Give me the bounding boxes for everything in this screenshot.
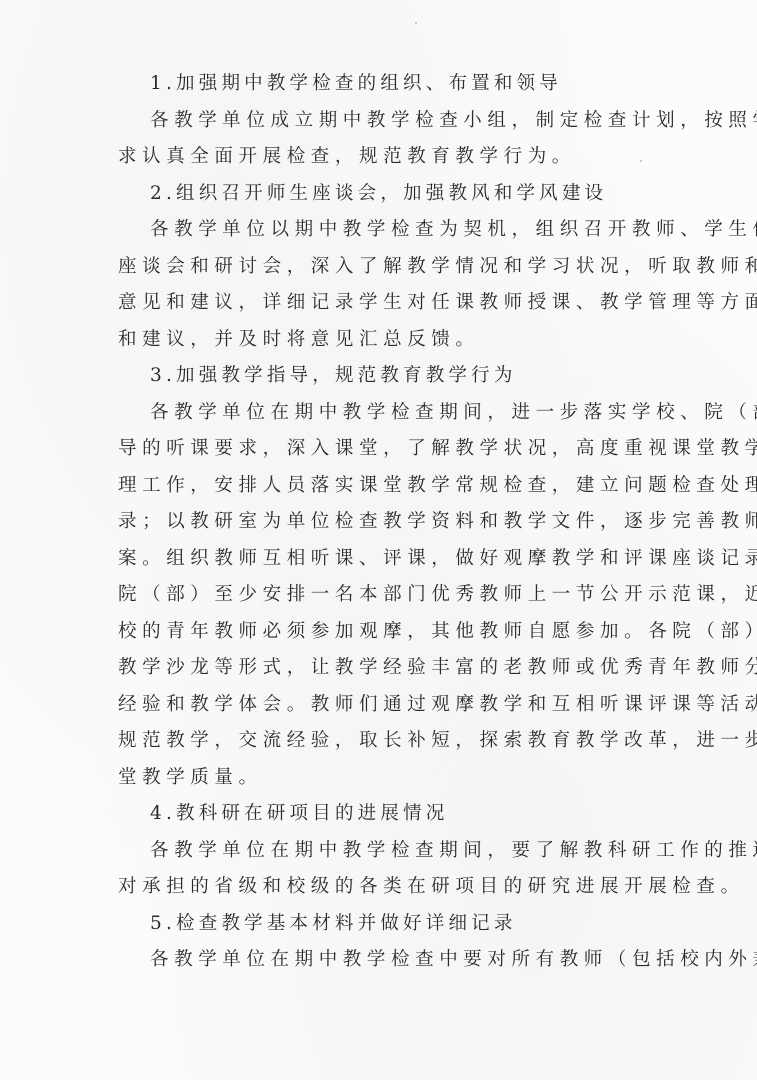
paragraph-line: 各教学单位在期中教学检查期间，要了解教科研工作的推进情况， [118, 833, 660, 870]
paragraph-line: 求认真全面开展检查，规范教育教学行为。 [118, 139, 660, 176]
paragraph-line: 校的青年教师必须参加观摩，其他教师自愿参加。各院（部）可通过 [118, 614, 660, 651]
scanned-document-page: 1.加强期中教学检查的组织、布置和领导 各教学单位成立期中教学检查小组，制定检查… [0, 0, 757, 1080]
paragraph-line: 座谈会和研讨会，深入了解教学情况和学习状况，听取教师和学生的 [118, 249, 660, 286]
paragraph-line: 规范教学，交流经验，取长补短，探索教育教学改革，进一步提高课 [118, 723, 660, 760]
scan-speck [415, 22, 417, 24]
paragraph-line: 对承担的省级和校级的各类在研项目的研究进展开展检查。 [118, 869, 660, 906]
paragraph-line: 各教学单位在期中教学检查中要对所有教师（包括校内外兼课教 [118, 942, 660, 979]
paragraph-line: 案。组织教师互相听课、评课，做好观摩教学和评课座谈记录。每个 [118, 541, 660, 578]
section-heading: 2.组织召开师生座谈会，加强教风和学风建设 [118, 176, 660, 213]
document-body: 1.加强期中教学检查的组织、布置和领导 各教学单位成立期中教学检查小组，制定检查… [118, 66, 660, 979]
section-heading: 4.教科研在研项目的进展情况 [118, 796, 660, 833]
paragraph-line: 意见和建议，详细记录学生对任课教师授课、教学管理等方面的意见 [118, 285, 660, 322]
section-heading: 1.加强期中教学检查的组织、布置和领导 [118, 66, 660, 103]
paragraph-line: 院（部）至少安排一名本部门优秀教师上一节公开示范课，近两年进 [118, 577, 660, 614]
paragraph-line: 堂教学质量。 [118, 760, 660, 797]
paragraph-line: 经验和教学体会。教师们通过观摩教学和互相听课评课等活动，自我 [118, 687, 660, 724]
section-heading: 3.加强教学指导，规范教育教学行为 [118, 358, 660, 395]
paragraph-line: 教学沙龙等形式，让教学经验丰富的老教师或优秀青年教师分享教学 [118, 650, 660, 687]
paragraph-line: 和建议，并及时将意见汇总反馈。 [118, 322, 660, 359]
section-heading: 5.检查教学基本材料并做好详细记录 [118, 906, 660, 943]
paragraph-line: 各教学单位以期中教学检查为契机，组织召开教师、学生代表等 [118, 212, 660, 249]
paragraph-line: 各教学单位成立期中教学检查小组，制定检查计划，按照学校要 [118, 103, 660, 140]
paragraph-line: 各教学单位在期中教学检查期间，进一步落实学校、院（部）领 [118, 395, 660, 432]
paragraph-line: 录；以教研室为单位检查教学资料和教学文件，逐步完善教师业务档 [118, 504, 660, 541]
paragraph-line: 导的听课要求，深入课堂，了解教学状况，高度重视课堂教学秩序管 [118, 431, 660, 468]
paragraph-line: 理工作，安排人员落实课堂教学常规检查，建立问题检查处理台账记 [118, 468, 660, 505]
